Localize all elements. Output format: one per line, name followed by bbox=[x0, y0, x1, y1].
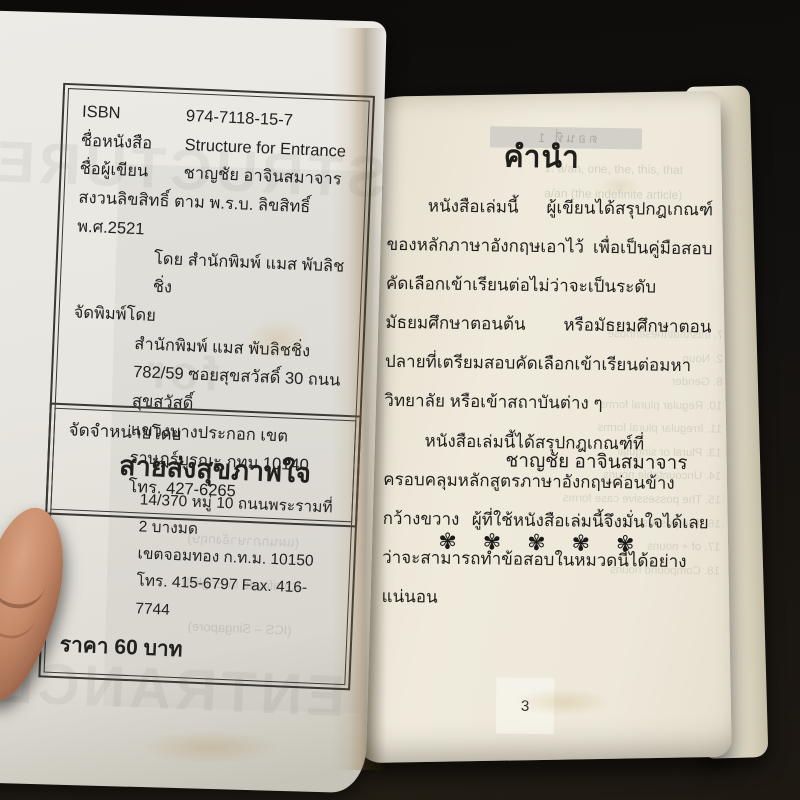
gutter-shadow bbox=[332, 28, 386, 770]
isbn-value: 974-7118-15-7 bbox=[185, 102, 293, 135]
flower-ornament-icon: ✾ bbox=[616, 531, 635, 556]
right-page-content: 1. a/an, one, the, this, that a/an (the … bbox=[345, 91, 730, 762]
flower-ornament-row: ✾✾✾✾✾ bbox=[348, 527, 724, 558]
flower-ornament-icon: ✾ bbox=[527, 530, 546, 555]
right-page: 1. a/an, one, the, this, that a/an (the … bbox=[344, 91, 732, 763]
flower-ornament-icon: ✾ bbox=[571, 530, 590, 555]
book-title-label: ชื่อหนังสือ bbox=[80, 126, 185, 159]
copyright-line: สงวนลิขสิทธิ์ ตาม พ.ร.บ. ลิขสิทธิ์ พ.ศ.2… bbox=[77, 184, 355, 253]
isbn-label: ISBN bbox=[81, 98, 186, 131]
distributor-box-inner: จัดจำหน่ายโดย สายส่งสุขภาพใจ 14/370 หมู่… bbox=[44, 408, 357, 686]
preface-paragraph-1: หนังสือเล่มนี้ ผู้เขียนได้สรุปกฎเกณฑ์ของ… bbox=[384, 186, 713, 425]
price-label: ราคา 60 บาท bbox=[59, 627, 336, 674]
flower-ornament-icon: ✾ bbox=[438, 529, 457, 554]
left-page: STRUCTURE for ENTRANCE (แผนกภาษาอังกฤษ) … bbox=[0, 11, 387, 794]
distributor-phone: โทร. 415-6797 Fax. 416-7744 bbox=[61, 565, 339, 631]
preface-title: คำนำ bbox=[353, 131, 730, 183]
preface-author-signature: ชาญชัย อาจินสมาจาร bbox=[505, 446, 687, 479]
paper-stain bbox=[246, 318, 310, 360]
flower-ornament-icon: ✾ bbox=[483, 529, 502, 554]
author-label: ชื่อผู้เขียน bbox=[79, 155, 184, 188]
distributor-box: จัดจำหน่ายโดย สายส่งสุขภาพใจ 14/370 หมู่… bbox=[38, 403, 361, 691]
paper-stain bbox=[512, 688, 612, 716]
book-photo: 1. a/an, one, the, this, that a/an (the … bbox=[0, 0, 800, 800]
paper-stain bbox=[598, 176, 642, 196]
paper-stain bbox=[140, 730, 280, 764]
